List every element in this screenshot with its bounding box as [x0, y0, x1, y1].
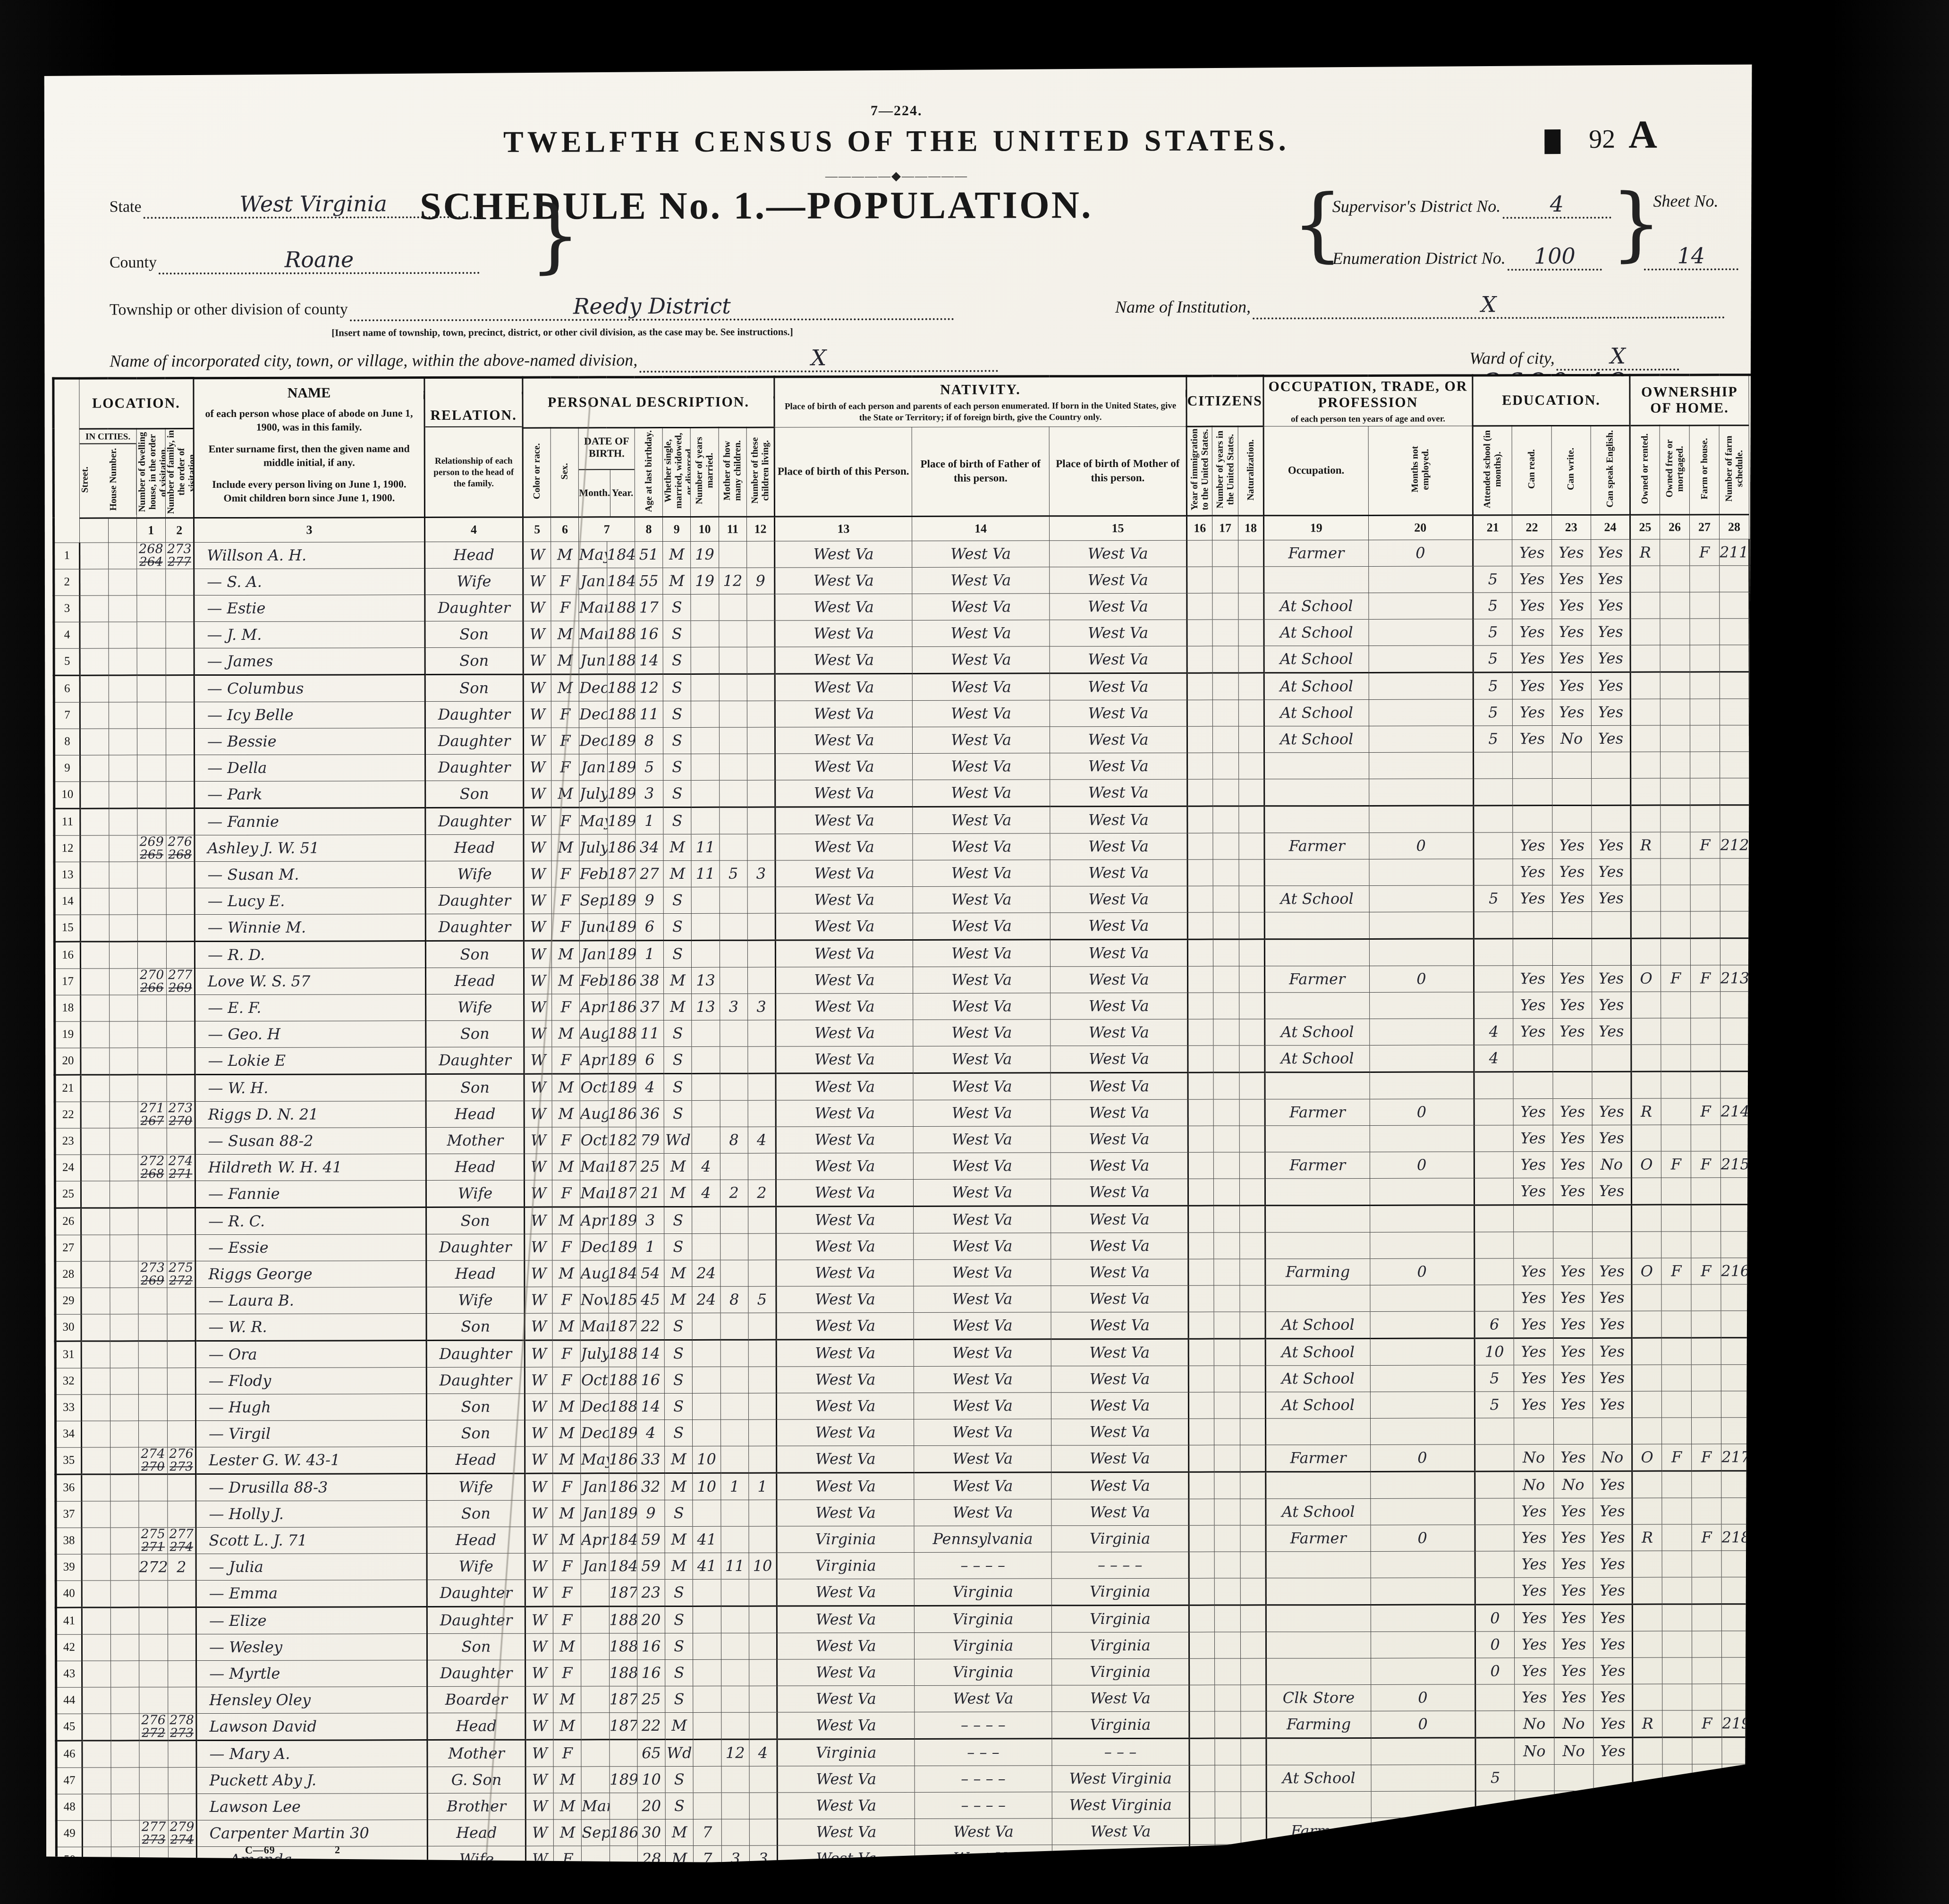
cell-mc [720, 940, 747, 967]
cell-cl [749, 1712, 777, 1739]
cell-sex: M [551, 781, 579, 807]
cell-sch [1474, 1099, 1513, 1125]
cell-mar: S [664, 1100, 692, 1127]
cell-yr: 1890 [610, 1766, 637, 1793]
cell-pm: West Va [1052, 1818, 1189, 1845]
cell-rd: Yes [1513, 1098, 1552, 1125]
dwelling-number-corrected: 268 [138, 1168, 167, 1181]
cell-rd [1513, 1071, 1552, 1098]
cell-c17 [1214, 1419, 1240, 1445]
cell-cl [746, 541, 774, 568]
cell-rd: Yes [1514, 1577, 1553, 1604]
cell-c18 [1238, 673, 1264, 700]
cell-c16 [1189, 1578, 1214, 1605]
cell-no: 50 [56, 1847, 82, 1874]
cell-street [82, 1474, 110, 1501]
cell-en [1592, 1205, 1631, 1232]
cell-name: — Holly J. [196, 1500, 427, 1527]
cell-color: W [523, 621, 551, 647]
cell-mtg: F [1662, 1444, 1692, 1471]
relation-group-label: RELATION. [425, 405, 522, 427]
cell-mne [1369, 992, 1474, 1019]
cell-no2: 21 [1750, 1071, 1776, 1098]
cell-ym [692, 1127, 720, 1153]
cell-mar: S [665, 1793, 693, 1819]
cell-en: Yes [1592, 1178, 1631, 1205]
cell-mar: S [663, 594, 691, 620]
cell-mne [1369, 939, 1474, 966]
cell-mne [1370, 1232, 1474, 1258]
cell-wr: Yes [1553, 1365, 1593, 1391]
cell-pf: West Va [914, 1286, 1051, 1313]
group-education: EDUCATION. [1473, 375, 1630, 425]
dwelling-number-corrected: 271 [139, 1541, 168, 1554]
cell-pf: West Va [914, 1445, 1051, 1473]
cell-yr: 1897 [608, 1207, 636, 1233]
cell-mar: M [663, 568, 691, 594]
cell-mtg [1661, 1232, 1691, 1258]
group-personal: PERSONAL DESCRIPTION. [523, 377, 774, 428]
cell-house [110, 1155, 138, 1181]
cell-street [81, 1102, 110, 1128]
cell-cl [748, 1260, 776, 1286]
cell-house [110, 1102, 138, 1128]
cell-occ: At School [1264, 619, 1369, 646]
cell-pf: West Va [913, 993, 1051, 1020]
cell-c16 [1189, 1632, 1214, 1658]
cell-fh [1690, 885, 1720, 911]
cell-pm: West Va [1051, 1445, 1189, 1472]
cell-pm: West Virginia [1052, 1765, 1189, 1792]
supervisor-label: Supervisor's District No. [1332, 196, 1501, 216]
cell-rel: Head [425, 968, 524, 994]
cell-c16 [1187, 646, 1212, 673]
cell-c16 [1188, 1179, 1213, 1206]
cell-mo: Aug [580, 1260, 608, 1287]
cell-cl: 3 [747, 860, 775, 887]
cell-no2: 40 [1751, 1577, 1777, 1604]
col1-header: Number of dwelling house, in the order o… [136, 428, 165, 518]
cell-mo: Dec [579, 701, 607, 728]
cell-pm: West Va [1050, 886, 1187, 913]
cell-sched [1720, 805, 1750, 832]
institution-field: Name of Institution, X [1115, 291, 1725, 320]
cell-color: W [525, 1313, 552, 1340]
cell-yr: 1872 [608, 860, 636, 887]
cell-sex: F [551, 914, 579, 941]
column-number: 16 [1186, 516, 1212, 540]
cell-mne: 0 [1370, 1258, 1474, 1285]
cell-house [111, 1794, 140, 1820]
cell-cl [747, 647, 775, 674]
cell-en: Yes [1592, 1125, 1631, 1151]
cell-dw [137, 914, 166, 941]
cell-pf: – – – – [915, 1792, 1052, 1819]
cell-occ [1266, 1791, 1371, 1818]
cell-mc [720, 1233, 748, 1260]
cell-occ: At School [1264, 593, 1369, 619]
cell-c16 [1189, 1792, 1215, 1818]
cell-en: Yes [1593, 1471, 1632, 1498]
cell-street [82, 1661, 111, 1687]
cell-mtg: F [1661, 965, 1690, 992]
column-number: 2 [165, 518, 194, 542]
cell-sex: F [551, 807, 579, 834]
cell-mo: Jan [581, 1473, 609, 1500]
cell-sex: F [552, 1340, 580, 1367]
cell-yr: 1888 [609, 1340, 636, 1367]
cell-rd: No [1515, 1737, 1554, 1764]
cell-pf: West Va [913, 1153, 1051, 1180]
cell-dw [137, 648, 166, 675]
cell-no2: 29 [1751, 1284, 1777, 1310]
cell-ym: 4 [692, 1180, 720, 1207]
cell-c17 [1212, 620, 1238, 646]
cell-ym [692, 1073, 720, 1100]
cell-age: 55 [635, 568, 663, 594]
cell-fam [166, 781, 195, 808]
dwelling-number: 276 [166, 835, 194, 849]
cell-no2: 22 [1750, 1098, 1776, 1124]
cell-dw [137, 861, 166, 888]
cell-sex: M [552, 1101, 580, 1127]
cell-own: R [1633, 1710, 1662, 1737]
cell-dw [138, 1021, 167, 1047]
cell-rel: Wife [427, 1473, 525, 1500]
cell-street [82, 1528, 110, 1554]
cell-rel: Wife [425, 861, 524, 887]
cell-ym [692, 1100, 720, 1127]
cell-fam: 2 [168, 1554, 196, 1580]
column-number: 24 [1591, 515, 1630, 539]
cell-own [1631, 911, 1661, 938]
cell-c18 [1240, 1339, 1265, 1366]
cell-age: 65 [637, 1739, 665, 1766]
cell-pf: West Va [913, 967, 1050, 994]
cell-no: 26 [55, 1208, 81, 1235]
cell-own [1632, 1338, 1661, 1365]
cell-rd: Yes [1514, 1284, 1553, 1311]
cell-wr: Yes [1553, 1151, 1592, 1178]
cell-fam [167, 1501, 196, 1527]
cell-name: Lawson David [196, 1713, 427, 1740]
cell-fam [167, 1287, 195, 1314]
township-label: Township or other division of county [110, 300, 348, 318]
cell-rel: Daughter [426, 1047, 524, 1074]
cell-no2: 7 [1749, 698, 1775, 725]
cell-dw [139, 1634, 168, 1660]
cell-wr: Yes [1553, 1284, 1592, 1311]
cell-sch: 5 [1473, 672, 1512, 699]
cell-sex: M [551, 542, 579, 568]
cell-yr: 1899 [608, 940, 636, 967]
cell-sex: F [554, 1846, 582, 1873]
cell-age: 9 [637, 1500, 665, 1526]
cell-mo [582, 1846, 610, 1873]
cell-mne [1368, 593, 1473, 619]
cell-color: W [525, 1713, 553, 1740]
cell-mc: 2 [720, 1180, 748, 1207]
cell-dw [139, 1420, 168, 1447]
street-label: Street. [80, 444, 108, 515]
cell-c17 [1213, 1019, 1239, 1045]
cell-fh [1690, 911, 1720, 938]
cell-fh: F [1691, 1098, 1720, 1125]
cell-rd: Yes [1515, 1604, 1554, 1631]
cell-c18 [1239, 1206, 1265, 1232]
dwelling-number: 277 [168, 1528, 195, 1541]
cell-no: 46 [56, 1741, 82, 1768]
sheet-value: 14 [1644, 243, 1738, 270]
cell-pb: West Va [776, 1046, 913, 1073]
table-row: 50— AmandaWifeWF28M733West VaWest VaWest… [56, 1843, 1778, 1874]
table-row: 49277273279274Carpenter Martin 30HeadWMS… [56, 1817, 1778, 1847]
cell-ym [693, 1367, 720, 1393]
cell-cl: 4 [749, 1739, 777, 1766]
cell-mtg [1662, 1471, 1692, 1498]
stamp-number: 92 [1589, 125, 1615, 154]
cell-mo: Oct [580, 1127, 608, 1154]
cell-street [80, 755, 109, 782]
table-row: 12269265276268Ashley J. W. 51HeadWMJuly1… [54, 832, 1776, 862]
cell-fam [168, 1634, 196, 1660]
cell-house [109, 995, 138, 1021]
cell-mo: Feb [580, 968, 608, 994]
cell-c18 [1241, 1818, 1266, 1844]
cell-sched: 220 [1722, 1817, 1752, 1843]
cell-mar: S [663, 807, 691, 834]
cell-fam [167, 1234, 195, 1261]
cell-dw [139, 1474, 168, 1501]
cell-occ: At School [1265, 1338, 1370, 1365]
cell-color: W [524, 1047, 552, 1074]
cell-house [108, 543, 137, 569]
cell-en [1593, 1418, 1632, 1444]
cell-street [80, 648, 109, 675]
cell-c16 [1189, 1552, 1214, 1578]
cell-dw [138, 1128, 167, 1154]
dwelling-number: 278 [168, 1714, 196, 1727]
cell-c18 [1240, 1285, 1265, 1312]
cell-ym [693, 1793, 721, 1819]
cell-mtg [1661, 885, 1690, 911]
cell-own [1630, 672, 1660, 699]
cell-c18 [1238, 593, 1263, 620]
township-field: Township or other division of county Ree… [110, 293, 954, 322]
cell-cl [749, 1686, 777, 1712]
cell-pf: West Va [914, 1472, 1051, 1500]
cell-en: No [1593, 1444, 1632, 1471]
cell-rel: Head [427, 1819, 525, 1846]
cell-occ: At School [1265, 1019, 1370, 1045]
years-us-header: Number of years in the United States. [1212, 426, 1238, 516]
cell-rd: Yes [1514, 1311, 1553, 1338]
cell-pf: West Va [915, 1685, 1052, 1712]
column-number: 7 [579, 517, 635, 541]
cell-pb: West Va [777, 1792, 915, 1819]
cell-own [1630, 619, 1660, 645]
cell-sch [1475, 1711, 1515, 1738]
cell-pf: Virginia [914, 1579, 1051, 1606]
cell-mar: S [663, 620, 691, 647]
cell-pb: Virginia [777, 1526, 914, 1553]
sex-header: Sex. [551, 428, 579, 517]
cell-occ: Farming [1266, 1711, 1371, 1738]
cell-occ [1264, 752, 1369, 779]
column-number: 10 [691, 517, 719, 541]
cell-house [110, 1181, 138, 1208]
cell-age: 1 [636, 807, 663, 834]
cell-rd: Yes [1513, 965, 1552, 992]
cell-mc [720, 1340, 748, 1367]
cell-rd [1513, 938, 1552, 965]
cell-sch [1474, 1205, 1514, 1232]
cell-street [81, 995, 110, 1021]
cell-mne: 0 [1369, 833, 1474, 859]
cell-mne [1369, 885, 1474, 912]
cell-pm: West Va [1051, 1019, 1188, 1046]
cell-pm: West Va [1051, 1499, 1189, 1526]
cell-name: — James [194, 647, 425, 675]
cell-mne [1370, 1285, 1474, 1311]
cell-pm: West Va [1051, 1419, 1188, 1445]
cell-house [110, 1741, 139, 1768]
cell-mne [1371, 1791, 1476, 1818]
cell-color: W [523, 647, 551, 674]
cell-mtg: F [1661, 1258, 1691, 1284]
cell-sch [1474, 966, 1513, 992]
cell-c16 [1187, 673, 1212, 700]
table-row: 26— R. C.SonWMApr18973SWest VaWest VaWes… [55, 1204, 1777, 1235]
cell-yr: 1885 [609, 1393, 636, 1419]
cell-mo: Apr [580, 994, 608, 1020]
cell-sch: 10 [1474, 1338, 1514, 1365]
cell-street [82, 1820, 111, 1847]
cell-yr: 1891 [607, 727, 635, 754]
table-row: 37— Holly J.SonWMJan18919SWest VaWest Va… [56, 1497, 1777, 1528]
cell-age: 9 [636, 887, 663, 913]
cell-dw [138, 1234, 167, 1261]
cell-pb: West Va [775, 753, 913, 780]
cell-dw [137, 888, 166, 914]
cell-ym [693, 1393, 720, 1419]
cell-rel: Daughter [426, 1234, 525, 1260]
cell-street [80, 569, 109, 595]
cell-pb: West Va [776, 1073, 913, 1100]
cell-no2: 2 [1749, 565, 1775, 592]
cell-age: 16 [636, 1367, 664, 1393]
cell-age: 17 [635, 594, 663, 620]
cell-rd: Yes [1513, 1125, 1552, 1151]
cell-fam [165, 569, 194, 595]
cell-c18 [1239, 993, 1264, 1019]
cell-own: R [1630, 539, 1660, 566]
cell-pb: West Va [776, 1179, 913, 1207]
cell-wr [1552, 805, 1591, 832]
cell-pb: West Va [777, 1659, 915, 1686]
cell-mar: S [664, 1313, 692, 1340]
cell-pm: West Va [1051, 1072, 1188, 1100]
cell-pb: West Va [777, 1579, 914, 1606]
cell-pf: West Va [913, 780, 1050, 807]
cell-dw [137, 702, 166, 728]
cell-mtg [1661, 1338, 1691, 1365]
group-citizenship: CITIZENSHIP. [1186, 376, 1263, 426]
cell-fh [1691, 1365, 1721, 1391]
cell-fh [1692, 1498, 1721, 1524]
cell-sex: M [553, 1394, 581, 1420]
cell-occ: At School [1265, 1392, 1370, 1418]
cell-dw [137, 595, 166, 621]
cell-sch: 5 [1473, 619, 1512, 646]
cell-c16 [1188, 1232, 1214, 1259]
cell-mtg [1660, 566, 1690, 592]
cell-pf: West Va [914, 1366, 1051, 1393]
cell-mo: Apr [581, 1527, 609, 1553]
cell-rd: Yes [1512, 539, 1551, 566]
cell-pb: West Va [775, 620, 912, 647]
cell-sch [1475, 1578, 1514, 1605]
cell-no: 11 [54, 808, 80, 835]
table-row: 32— FlodyDaughterWFOct188316SWest VaWest… [55, 1364, 1777, 1394]
table-row: 28273269275272Riggs GeorgeHeadWMAug18455… [55, 1258, 1777, 1288]
cell-en: Yes [1593, 1258, 1632, 1284]
cell-pm: West Va [1050, 620, 1187, 646]
cell-name: — W. R. [195, 1313, 426, 1341]
cell-wr: Yes [1552, 858, 1592, 885]
cell-fh [1691, 1391, 1721, 1418]
pob-person-header: Place of birth of this Person. [774, 427, 912, 517]
cell-no2: 50 [1752, 1843, 1778, 1870]
cell-pf: West Va [915, 1819, 1052, 1845]
cell-name: Lester G. W. 43-1 [196, 1446, 427, 1474]
cell-sched [1720, 592, 1749, 618]
cell-sched [1720, 778, 1750, 805]
table-row: 38275271277274Scott L. J. 71HeadWMApr184… [56, 1524, 1777, 1554]
cell-sex: M [553, 1793, 581, 1819]
city-label: Name of incorporated city, town, or vill… [110, 350, 637, 370]
cell-mne [1370, 1418, 1475, 1445]
table-row: 46— Mary A.MotherWF65Wd124Virginia– – ––… [56, 1737, 1778, 1768]
column-number: 5 [523, 517, 551, 542]
cell-mc: 1 [720, 1473, 748, 1500]
cell-c17 [1214, 1312, 1239, 1339]
row-number-header-right [1749, 375, 1775, 539]
cell-mar: S [664, 1340, 692, 1367]
cell-color: W [525, 1767, 553, 1793]
cell-fam [166, 861, 195, 888]
cell-c16 [1188, 1099, 1213, 1126]
cell-mc: 8 [720, 1286, 748, 1313]
cell-mtg [1661, 1391, 1691, 1418]
cell-yr: 1898 [608, 1233, 636, 1260]
footer-number: 2 [335, 1844, 340, 1856]
cell-pb: West Va [776, 1020, 913, 1046]
cell-mne [1371, 1658, 1475, 1684]
cell-rel: Wife [427, 1846, 525, 1873]
cell-wr: Yes [1554, 1551, 1593, 1577]
dwelling-number: 273 [138, 1261, 167, 1275]
cell-pb: West Va [775, 860, 913, 887]
cell-no: 15 [54, 915, 80, 942]
cell-mc: 3 [720, 994, 747, 1020]
cell-rel: Son [425, 781, 524, 807]
cell-pf: West Va [913, 753, 1050, 780]
cell-mtg [1661, 832, 1690, 858]
cell-c16 [1189, 1472, 1214, 1499]
table-row: 45276272278273Lawson DavidHeadWM187822MW… [56, 1710, 1778, 1741]
cell-sex: F [551, 861, 579, 887]
